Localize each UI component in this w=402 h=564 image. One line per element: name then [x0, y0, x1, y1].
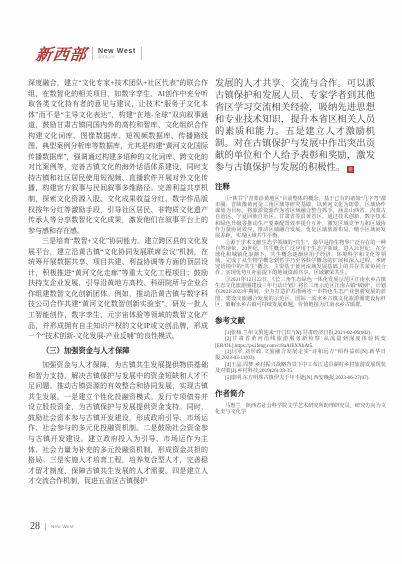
article-body: 深度融合，建立“文化专家+技术团队+社区代表”的联合作组，在数智化的相关项目，如…	[28, 78, 386, 487]
logo-divider	[92, 47, 93, 60]
reference-item: [5]康明.东方明珠古镇伊夫千年不逝[N].西安晚报,2023-06-27(07…	[215, 375, 386, 381]
right-column: 发展的人才共享、交流与合作。可以派古镇保护和发展人员、专家学者到其他省区学习交流…	[215, 78, 386, 487]
reference-item: [3]闫军,刘世政.文旅融合发展走实“诗和远方”相得益彰[N].新华日报,202…	[215, 349, 386, 361]
paragraph-synergy: 三是培育“数智+文化”协同能力。建立跨区县的文化发展平台，建立沿黄古镇“文化协同…	[28, 236, 208, 341]
footer-journal-name: New West	[51, 524, 74, 529]
paragraph-funding: 加强资金与人才保障，为古镇共生发展提供物质基础和智力支持，解决古镇保护与发展中的…	[28, 360, 208, 487]
paragraph-tail: 发展的人才共享、交流与合作。可以派古镇保护和发展人员、专家学者到其他省区学习交流…	[215, 78, 375, 174]
reference-item: [4]王晶,周梦.乡村振兴战略背景下中工布江达县湖村乡村旅游发展现状及对策[J]…	[215, 362, 386, 374]
reference-item: [2]甘肃省黄河沿线旅游服务新检察:从流量到深度体验转变[EB/OL].http…	[215, 336, 386, 348]
journal-page: 新西部 New West 新西部杂志 深度融合，建立“文化专家+技术团队+社区代…	[0, 0, 402, 564]
references-heading: 参考文献	[215, 315, 386, 326]
subsection-heading: （三）加强资金与人才保障	[28, 346, 208, 356]
notes-heading: 注释	[215, 181, 386, 192]
journal-logo-chinese: 新西部	[34, 42, 88, 65]
paragraph-continuation: 深度融合，建立“文化专家+技术团队+社区代表”的联合作组，在数智化的相关项目，如…	[28, 78, 208, 236]
note-item: ③2021年12月22日，《长三角生态绿色一体化发展示范区江南水乡古镇生态文化旅…	[215, 277, 386, 308]
journal-masthead: 新西部 New West 新西部杂志	[36, 42, 142, 65]
journal-logo-english: New West	[98, 48, 136, 55]
references-section: [1]张杨.兰州文旅迎来“开门红”[N].甘肃经济日报,2021-02-06(0…	[215, 330, 386, 381]
logo-divider	[141, 47, 142, 60]
journal-logo-english-block: New West 新西部杂志	[98, 48, 136, 60]
paragraph-tail-text: 发展的人才共享、交流与合作。可以派古镇保护和发展人员、专家学者到其他省区学习交流…	[215, 79, 375, 173]
note-item: ①“陕甘宁青蒙沿黄地区”目前整体的概念，基于已有的诸如“几字弯”都市圈、晋陕豫黄…	[215, 196, 386, 239]
page-footer: 28 New West	[30, 521, 74, 532]
note-item: ②源于学术文献生态学领域的“共生”，最早是指生物界广泛存在的一种自然现象。20世…	[215, 240, 386, 277]
author-bio: 马惠兰 陕西省社会科学院文学艺术研究所助理研究员，研究方向为文化史与文化学	[215, 403, 386, 415]
footer-divider	[45, 523, 46, 531]
page-number: 28	[30, 521, 40, 532]
notes-section: ①“陕甘宁青蒙沿黄地区”目前整体的概念，基于已有的诸如“几字弯”都市圈、晋陕豫黄…	[215, 196, 386, 308]
author-bio-heading: 作者简介	[215, 388, 386, 399]
left-column: 深度融合，建立“文化专家+技术团队+社区代表”的联合作组，在数智化的相关项目，如…	[28, 78, 208, 487]
journal-logo-subtitle: 新西部杂志	[98, 56, 136, 59]
article-end-icon: 新	[347, 166, 354, 173]
